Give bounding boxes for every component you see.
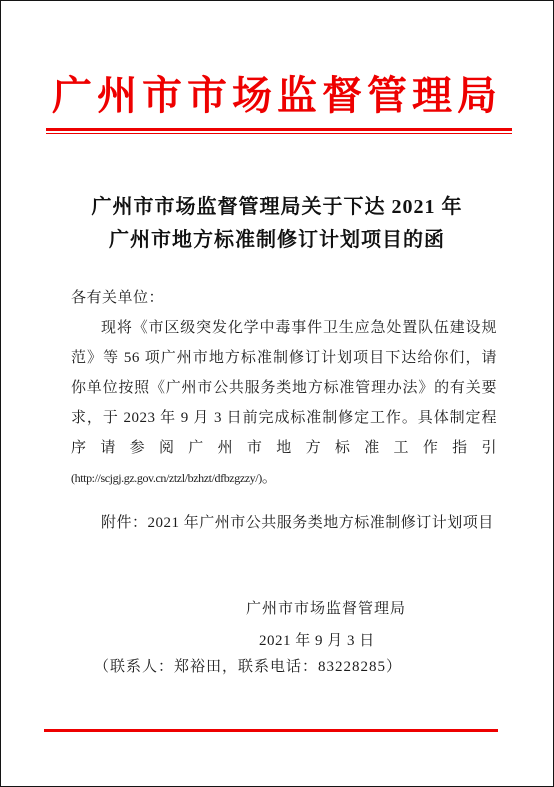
signature-agency: 广州市市场监督管理局	[246, 597, 406, 618]
body-paragraph: 现将《市区级突发化学中毒事件卫生应急处置队伍建设规范》等 56 项广州市地方标准…	[71, 313, 497, 493]
body-paragraph-text: 现将《市区级突发化学中毒事件卫生应急处置队伍建设规范》等 56 项广州市地方标准…	[71, 320, 497, 456]
footer-divider	[44, 729, 498, 732]
letter-body: 各有关单位： 现将《市区级突发化学中毒事件卫生应急处置队伍建设规范》等 56 项…	[71, 283, 497, 538]
guideline-url: (http://scjgj.gz.gov.cn/ztzl/bzhzt/dfbzg…	[71, 471, 262, 485]
attachment-line: 附件：2021 年广州市公共服务类地方标准制修订计划项目	[71, 508, 497, 538]
salutation: 各有关单位：	[71, 283, 497, 313]
letterhead-divider-thick-line	[46, 128, 512, 131]
official-letter-page: 广州市市场监督管理局 广州市市场监督管理局关于下达 2021 年 广州市地方标准…	[0, 0, 554, 787]
document-title: 广州市市场监督管理局关于下达 2021 年 广州市地方标准制修订计划项目的函	[1, 191, 553, 257]
contact-info: （联系人：郑裕田，联系电话：83228285）	[94, 655, 402, 676]
signature-date: 2021 年 9 月 3 日	[259, 629, 375, 650]
letterhead-divider	[46, 128, 512, 134]
body-paragraph-closing: 。	[262, 470, 278, 486]
document-title-line1: 广州市市场监督管理局关于下达 2021 年	[1, 191, 553, 224]
document-title-line2: 广州市地方标准制修订计划项目的函	[1, 224, 553, 257]
letterhead-divider-thin-line	[46, 133, 512, 134]
letterhead-agency-title: 广州市市场监督管理局	[1, 73, 553, 119]
